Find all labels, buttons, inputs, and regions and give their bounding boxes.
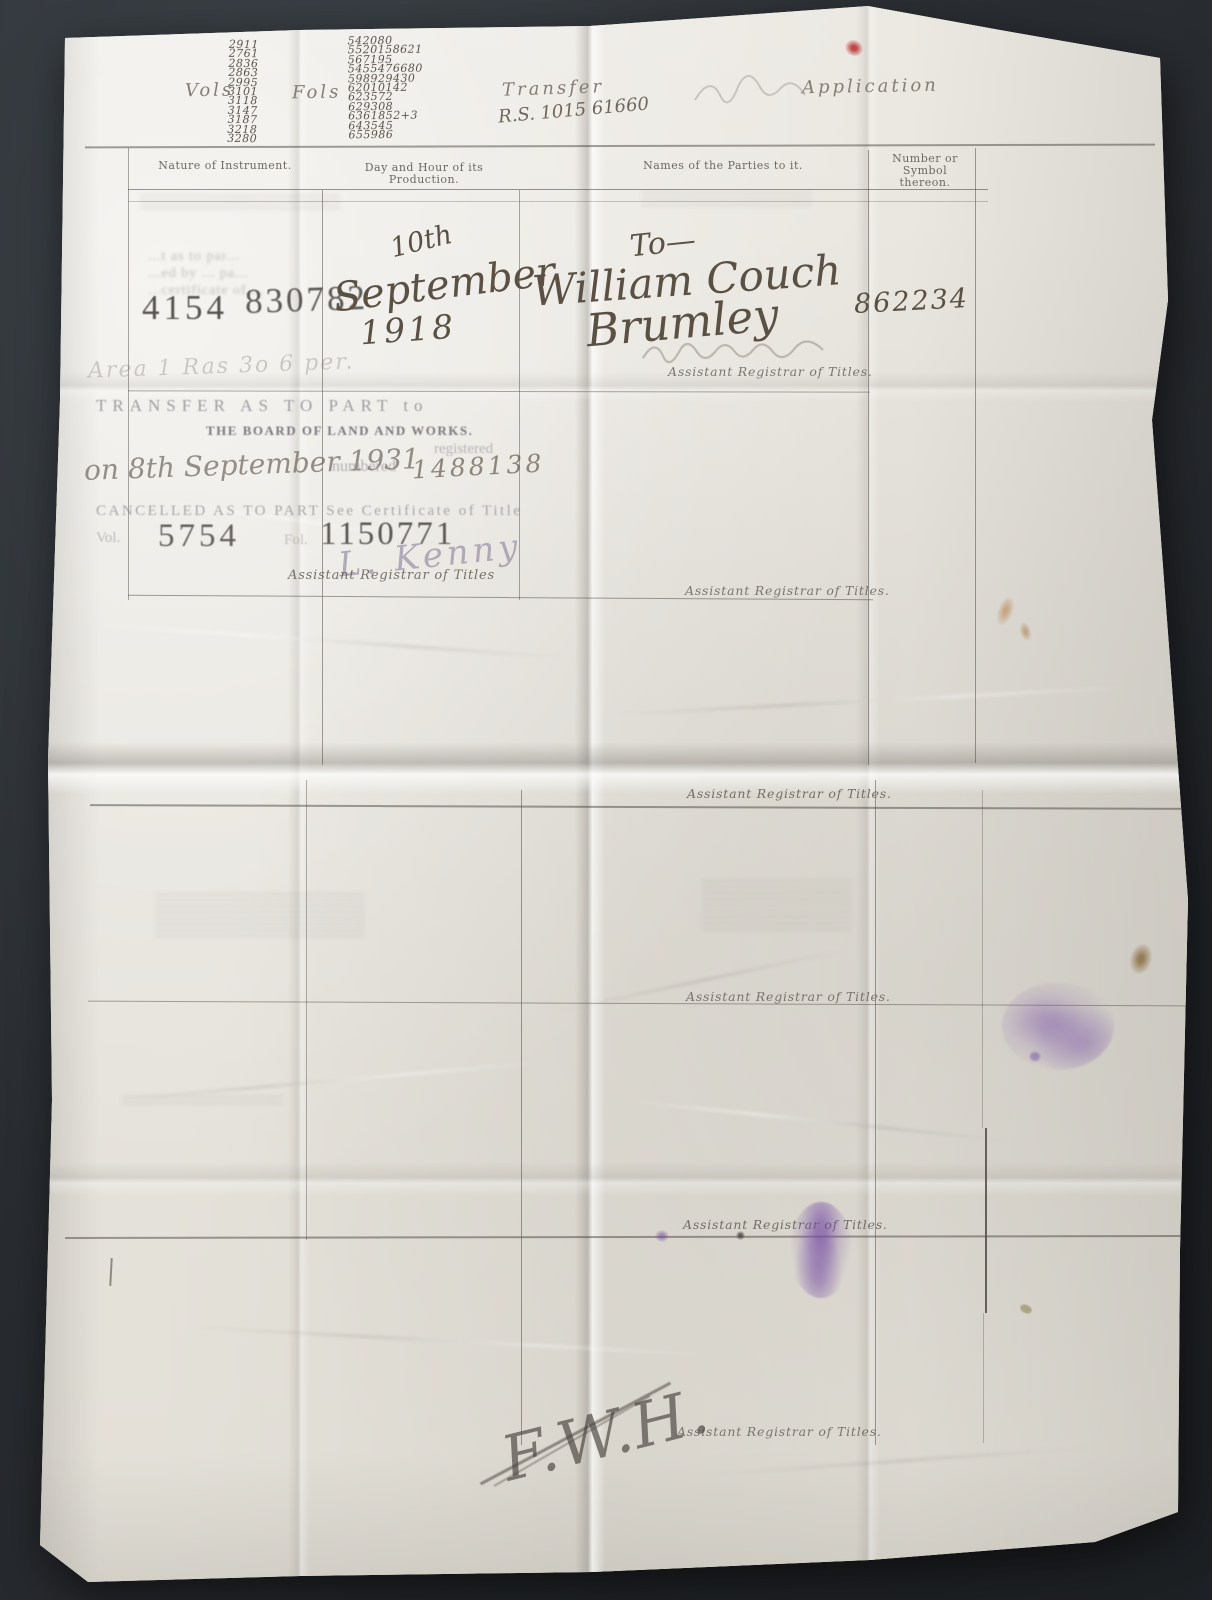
registrar-label-row2: Assistant Registrar of Titles. xyxy=(685,583,890,598)
table-line xyxy=(521,790,522,1445)
ink-bleedthrough xyxy=(155,893,365,937)
pencil-tick xyxy=(109,1258,112,1286)
entry-date-year: 1918 xyxy=(359,307,457,353)
ghost-signature xyxy=(638,332,848,368)
crease-vertical-center xyxy=(575,0,605,1592)
registrar-label-row3: Assistant Registrar of Titles. xyxy=(687,786,892,801)
fols-number-list: 542080 5520158621 567195 5455476680 5989… xyxy=(348,36,424,140)
application-label: Application xyxy=(802,75,939,98)
registrar-label-row5: Assistant Registrar of Titles. xyxy=(683,1217,888,1232)
transfer-title-stamp: TRANSFER AS TO PART to xyxy=(96,396,429,416)
instrument-number: 1488138 xyxy=(411,449,545,485)
purple-stain-lower xyxy=(790,1202,852,1298)
photo-background: Vols 2911 2761 2836 2863 2995 3101 3118 … xyxy=(0,0,1212,1600)
brown-stain xyxy=(1126,941,1156,978)
header-number-symbol: Number or Symbol thereon. xyxy=(875,153,975,189)
entry-number-thereon: 862234 xyxy=(853,283,970,320)
rust-mark-1 xyxy=(993,594,1017,627)
header-day-hour: Day and Hour of its Production. xyxy=(330,162,518,186)
board-land-works-stamp: THE BOARD OF LAND AND WORKS. xyxy=(206,423,473,439)
paper-shadow-wrap: Vols 2911 2761 2836 2863 2995 3101 3118 … xyxy=(0,0,1212,1600)
registrar-label-row1: Assistant Registrar of Titles. xyxy=(668,364,873,379)
table-line xyxy=(983,1313,984,1443)
ink-bleedthrough xyxy=(140,195,340,211)
dark-speck xyxy=(736,1231,745,1240)
olive-speck xyxy=(1019,1303,1033,1315)
table-line xyxy=(128,390,870,393)
fols-label: Fols xyxy=(292,82,342,104)
fol-word: Fol. xyxy=(284,532,308,549)
table-line xyxy=(985,1128,987,1313)
header-parties: Names of the Parties to it. xyxy=(628,160,818,172)
table-line xyxy=(90,804,1190,809)
purple-stain-large xyxy=(1002,982,1114,1070)
table-line xyxy=(128,201,988,202)
table-line xyxy=(65,1235,1185,1238)
red-edge-mark xyxy=(36,752,46,767)
crease-horizontal-center xyxy=(30,742,1190,794)
rust-mark-2 xyxy=(1018,621,1034,642)
purple-speck-small xyxy=(655,1230,669,1242)
table-line xyxy=(875,780,876,1445)
entry-date-day: 10th xyxy=(387,219,455,264)
pencil-scribble xyxy=(690,60,820,115)
wrinkle xyxy=(91,623,570,658)
ink-bleedthrough xyxy=(642,192,812,206)
cancelled-vol-stamp: 5754 xyxy=(158,518,240,555)
table-line xyxy=(982,790,983,1128)
wrinkle xyxy=(610,686,1129,715)
header-nature-of-instrument: Nature of Instrument. xyxy=(130,160,320,172)
document-paper: Vols 2911 2761 2836 2863 2995 3101 3118 … xyxy=(30,0,1190,1592)
shade-left-edge xyxy=(30,0,100,1592)
table-line xyxy=(128,189,988,190)
vol-word: Vol. xyxy=(96,530,120,547)
ink-bleedthrough xyxy=(122,1096,282,1108)
ink-bleedthrough xyxy=(702,880,852,934)
wrinkle xyxy=(121,1062,540,1101)
registrar-label-left-column: Assistant Registrar of Titles xyxy=(288,568,495,583)
purple-stain-speck xyxy=(1030,1052,1040,1061)
wrinkle xyxy=(710,1447,1089,1476)
volume-stamp: 4154 xyxy=(142,288,228,328)
vols-number-list: 2911 2761 2836 2863 2995 3101 3118 3147 … xyxy=(227,40,259,144)
table-line xyxy=(868,150,869,765)
bottom-pencil-signature: F.W.H. xyxy=(494,1374,717,1496)
wrinkle xyxy=(190,1326,709,1355)
wrinkle xyxy=(631,1100,1009,1142)
table-line xyxy=(975,148,976,763)
table-line xyxy=(306,780,307,1240)
shade-bottom xyxy=(30,1452,1190,1592)
shade-right xyxy=(910,0,1190,1592)
crease-horizontal-lower xyxy=(30,1162,1190,1196)
registrar-label-row4: Assistant Registrar of Titles. xyxy=(686,989,891,1004)
red-ink-mark xyxy=(842,37,866,60)
transfer-label: Transfer xyxy=(502,76,605,101)
numbered-word: numbered xyxy=(332,458,396,476)
